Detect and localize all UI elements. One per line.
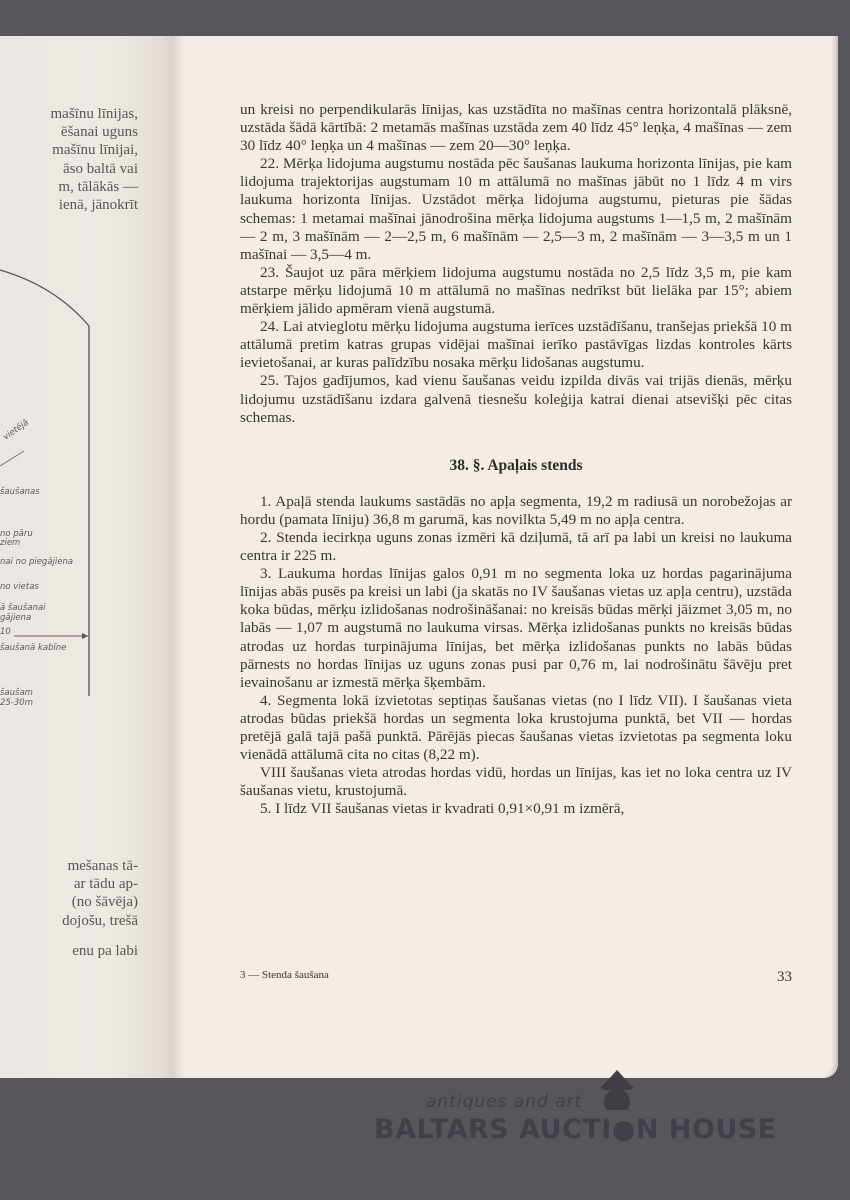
paragraph: un kreisi no perpendikularās līnijas, ka… (240, 101, 792, 155)
page-number: 33 (777, 969, 792, 986)
book-gutter (172, 36, 186, 1078)
right-page: un kreisi no perpendikularās līnijas, ka… (186, 36, 838, 1078)
text-line: mešanas tā- (62, 857, 138, 875)
paragraph-2: 2. Stenda iecirkņa uguns zonas izmēri kā… (240, 529, 792, 565)
paragraph-3: 3. Laukuma hordas līnijas galos 0,91 m n… (240, 565, 792, 692)
book-spread: mašīnu līnijas, ēšanai uguns mašīnu līni… (0, 36, 838, 1078)
paragraph-5: 5. I līdz VII šaušanas vietas ir kvadrat… (240, 800, 792, 818)
diagram-label: šaušam (0, 689, 33, 698)
page-footer: 3 — Stenda šaušana 33 (240, 969, 792, 993)
left-page-bottom-text: mešanas tā- ar tādu ap- (no šāvēja) dojo… (62, 857, 138, 960)
diagram-label: 10 (0, 628, 11, 637)
diagram-label: ziem (0, 539, 20, 548)
paragraph-4: 4. Segmenta lokā izvietotas septiņas šau… (240, 692, 792, 764)
diagram-label: ā šaušanai (0, 604, 46, 613)
paragraph-24: 24. Lai atvieglotu mērķu lidojuma augstu… (240, 318, 792, 372)
diagram-label: šaušanā kabīne (0, 644, 66, 653)
footer-signature: 3 — Stenda šaušana (240, 969, 329, 981)
text-line (62, 930, 138, 942)
text-line: enu pa labi (62, 942, 138, 960)
diagram-label: gājiena (0, 614, 31, 623)
diagram-label: nai no piegājiena (0, 558, 73, 567)
text-line: dojošu, trešā (62, 912, 138, 930)
paragraph-22: 22. Mērķa lidojuma augstumu nostāda pēc … (240, 155, 792, 264)
shooting-range-diagram (0, 36, 176, 736)
left-page: mašīnu līnijas, ēšanai uguns mašīnu līni… (0, 36, 176, 1078)
paragraph-viii: VIII šaušanas vieta atrodas hordas vidū,… (240, 764, 792, 800)
page-body: un kreisi no perpendikularās līnijas, ka… (240, 101, 792, 818)
diagram-label: 25-30m (0, 699, 33, 708)
text-line: (no šāvēja) (62, 893, 138, 911)
watermark-tagline: antiques and art (426, 1092, 582, 1112)
text-line: ar tādu ap- (62, 875, 138, 893)
watermark: antiques and art BALTARS AUCTI●N HOUSE (360, 1092, 780, 1162)
watermark-name: BALTARS AUCTI●N HOUSE (374, 1114, 777, 1145)
section-heading: 38. §. Apaļais stends (240, 457, 792, 475)
paragraph-1: 1. Apaļā stenda laukums sastādās no apļa… (240, 493, 792, 529)
crown-icon (598, 1070, 636, 1110)
paragraph-23: 23. Šaujot uz pāra mērķiem lidojuma augs… (240, 264, 792, 318)
diagram-label: šaušanas (0, 488, 40, 497)
paragraph-25: 25. Tajos gadījumos, kad vienu šaušanas … (240, 372, 792, 426)
diagram-label: no vietas (0, 583, 39, 592)
